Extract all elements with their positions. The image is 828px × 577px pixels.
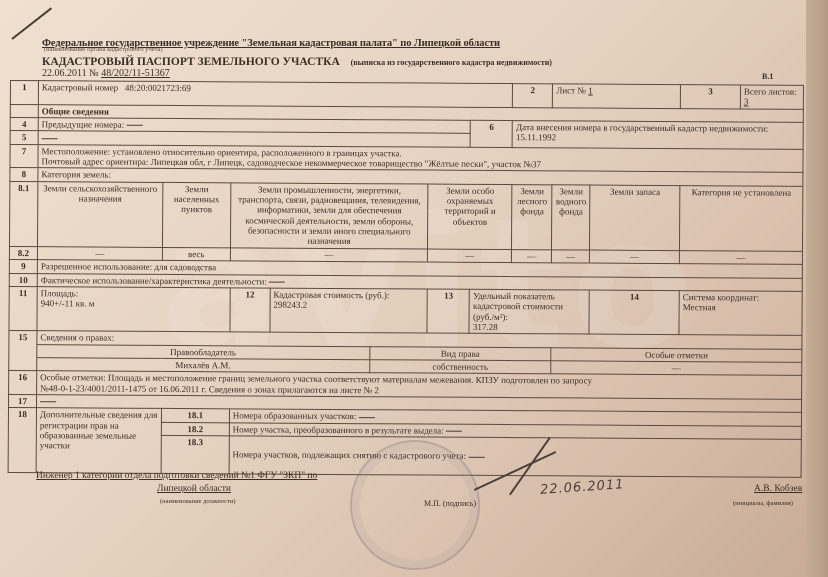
- category-agricultural: Земли сельскохозяйственного назначения: [37, 181, 162, 247]
- document-photo: avito Федеральное государственное учрежд…: [0, 0, 828, 577]
- cadastral-number-value: 48:20:0021723:69: [125, 83, 191, 93]
- dash: [446, 431, 462, 432]
- number-value: 48/202/11-51367: [101, 68, 170, 79]
- row-num: 1: [10, 81, 38, 105]
- category-not-set: Категория не установлена: [680, 185, 803, 251]
- cadastral-value: Кадастровая стоимость (руб.):298243.2: [270, 288, 428, 333]
- additional-info-label: Дополнительные сведения для регистрации …: [36, 408, 161, 473]
- category-settlements: Земли населенных пунктов: [162, 182, 230, 247]
- cadastral-number: Кадастровый номер 48:20:0021723:69: [38, 81, 513, 108]
- document-date: 22.06.2011: [42, 68, 87, 79]
- category-industry: Земли промышленности, энергетики, трансп…: [230, 183, 428, 249]
- paper-edge: [806, 0, 828, 577]
- position-title: Инженер 1 категории отдела подготовки св…: [36, 471, 317, 481]
- cadastral-value-amount: 298243.2: [273, 300, 424, 311]
- category-forest: Земли лесного фонда: [512, 184, 552, 249]
- total-sheets: Всего листов: 3: [740, 85, 803, 109]
- handwritten-date: 22.06.2011: [540, 477, 625, 498]
- stamp-signature-label: М.П. (подпись): [424, 499, 476, 508]
- number-prefix: №: [89, 68, 99, 79]
- specific-cadastral-value: Удельный показатель кадастровой стоимост…: [469, 289, 589, 334]
- row-11-14: 11 Площадь:940+/-11 кв. м 12 Кадастровая…: [9, 286, 802, 335]
- signer-name: А.В. Кобзев: [754, 484, 802, 494]
- category-reserve: Земли запаса: [590, 185, 680, 251]
- dash: [126, 125, 142, 126]
- dash: [42, 138, 58, 139]
- document-title: КАДАСТРОВЫЙ ПАСПОРТ ЗЕМЕЛЬНОГО УЧАСТКА (…: [42, 56, 552, 68]
- signer-caption: (инициалы, фамилия): [733, 500, 793, 507]
- pen-mark: [11, 7, 52, 39]
- document-number: 22.06.2011 № 48/202/11-51367: [42, 68, 170, 79]
- organization-caption: (наименование органа кадастрового учета): [44, 46, 163, 53]
- dash: [269, 282, 285, 283]
- area: Площадь:940+/-11 кв. м: [37, 287, 230, 333]
- coordinate-system: Система координат:Местная: [679, 290, 802, 335]
- area-value: 940+/-11 кв. м: [41, 298, 227, 309]
- col-right-type: Вид права: [369, 346, 551, 360]
- position-region: Липецкой области: [157, 484, 231, 494]
- category-water: Земли водного фонда: [552, 185, 590, 250]
- right-type: собственность: [369, 360, 551, 374]
- title-subtitle: (выписка из государственного кадастра не…: [351, 58, 552, 67]
- dash: [359, 417, 375, 418]
- dash: [468, 457, 484, 458]
- category-value-settlements: весь: [162, 247, 230, 261]
- row-8-1: 8.1 Земли сельскохозяйственного назначен…: [9, 181, 802, 251]
- cadastral-form-table: 1 Кадастровый номер 48:20:0021723:69 2 Л…: [8, 80, 804, 478]
- row-num: 2: [513, 84, 553, 108]
- specific-value-amount: 317.28: [473, 322, 586, 333]
- registration-date: Дата внесения номера в государственный к…: [512, 121, 803, 149]
- coordinate-system-value: Местная: [683, 302, 799, 313]
- row-num: 3: [680, 85, 740, 109]
- sheet-number: Лист № 1: [553, 84, 681, 108]
- dash: [40, 402, 56, 403]
- position-caption: (наименование должности): [160, 498, 236, 505]
- title-main: КАДАСТРОВЫЙ ПАСПОРТ ЗЕМЕЛЬНОГО УЧАСТКА: [42, 56, 340, 68]
- form-code: В.1: [762, 72, 773, 81]
- category-protected: Земли особо охраняемых территорий и объе…: [428, 184, 512, 250]
